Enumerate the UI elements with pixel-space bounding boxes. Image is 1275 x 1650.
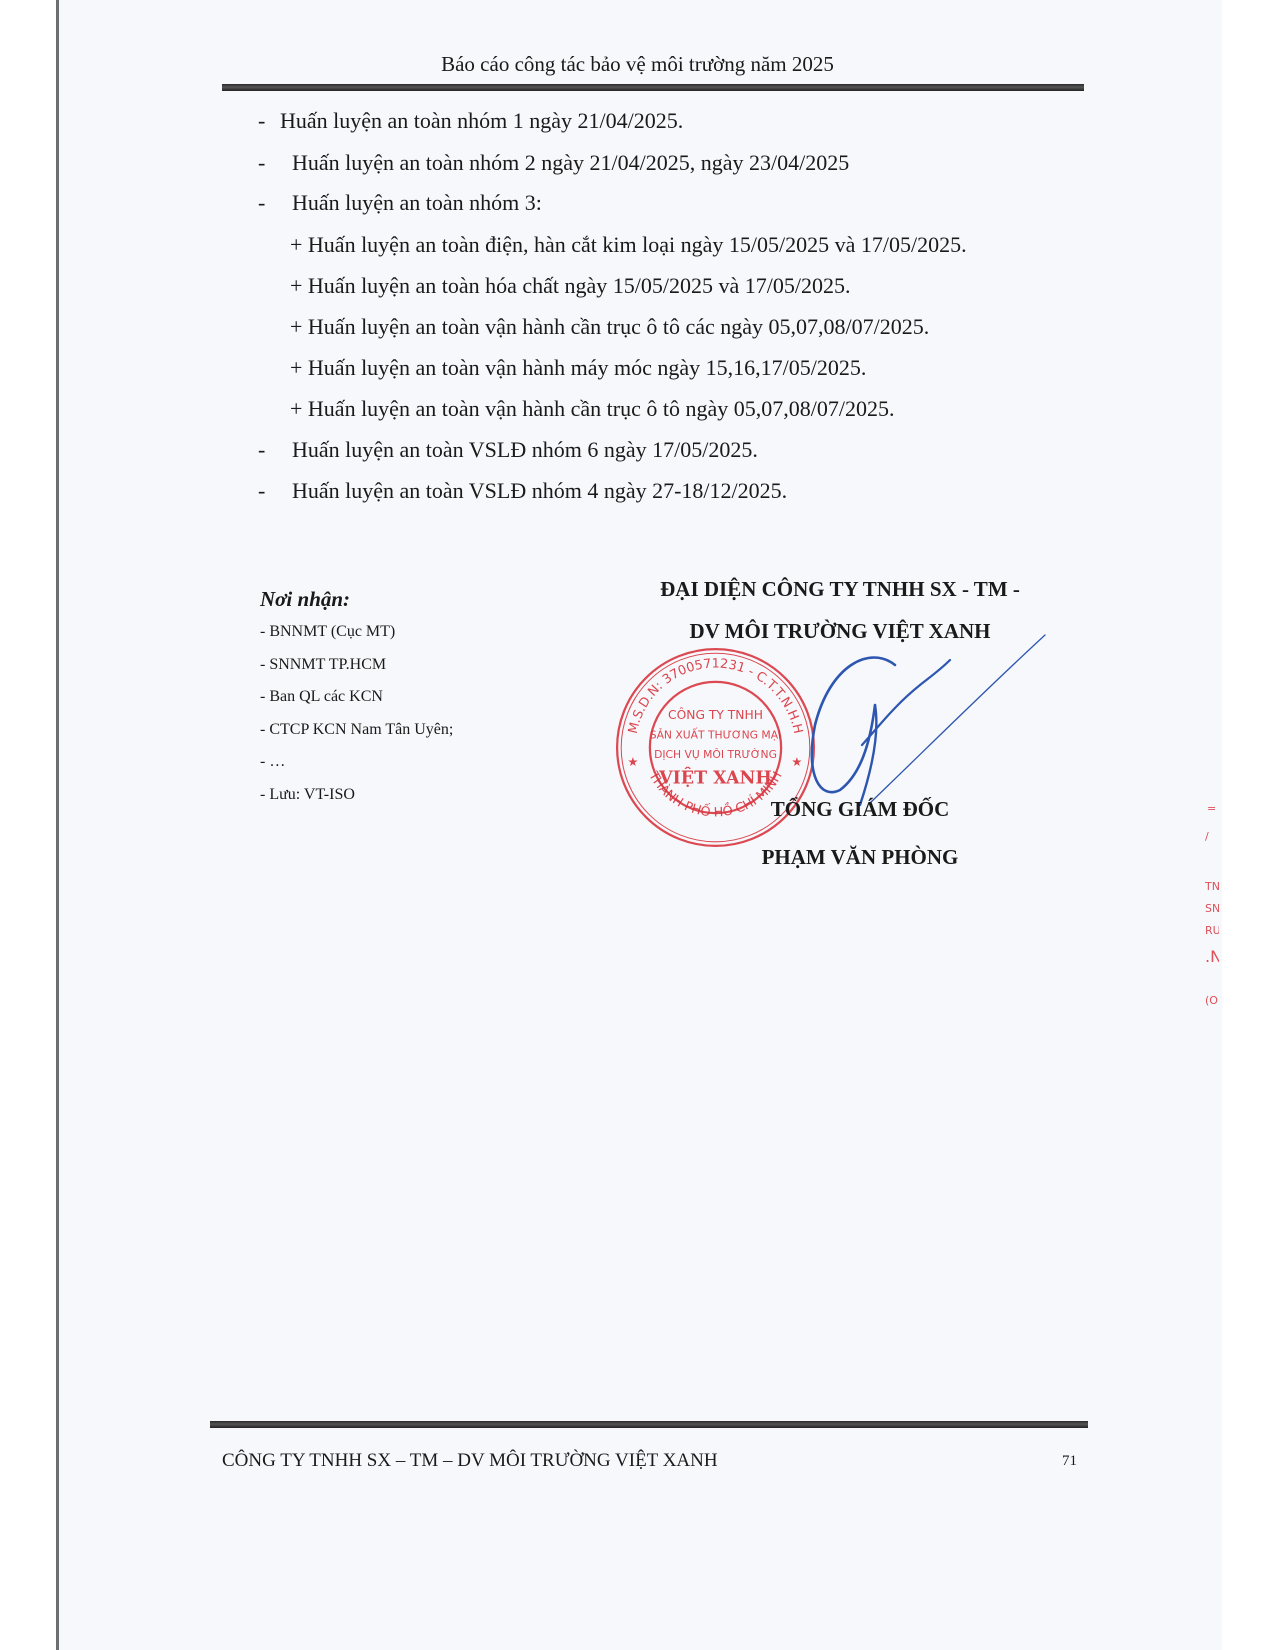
running-header: Báo cáo công tác bảo vệ môi trường năm 2… xyxy=(0,52,1275,77)
list-marker: - xyxy=(258,190,292,216)
list-item: -Huấn luyện an toàn nhóm 2 ngày 21/04/20… xyxy=(258,150,849,176)
list-marker: - xyxy=(258,150,292,176)
list-item-text: Huấn luyện an toàn điện, hàn cắt kim loạ… xyxy=(308,232,967,257)
svg-text:RU: RU xyxy=(1205,924,1219,937)
svg-text:=: = xyxy=(1207,802,1216,815)
recipient-item: - … xyxy=(260,753,285,771)
recipient-item: - Ban QL các KCN xyxy=(260,688,383,706)
footer-company: CÔNG TY TNHH SX – TM – DV MÔI TRƯỜNG VIỆ… xyxy=(222,1450,718,1472)
list-item: -Huấn luyện an toàn nhóm 3: xyxy=(258,190,542,216)
sub-list-item: + Huấn luyện an toàn điện, hàn cắt kim l… xyxy=(290,232,967,258)
list-item-text: Huấn luyện an toàn vận hành cần trục ô t… xyxy=(308,314,929,339)
recipient-item: - CTCP KCN Nam Tân Uyên; xyxy=(260,721,453,739)
handwritten-signature xyxy=(800,625,1050,825)
list-item-text: Huấn luyện an toàn hóa chất ngày 15/05/2… xyxy=(308,273,851,298)
svg-text:M.S.D.N: 3700571231 - C.T.T.N.: M.S.D.N: 3700571231 - C.T.T.N.H.H xyxy=(626,657,805,736)
list-marker: + xyxy=(290,355,302,380)
signer-name: PHẠM VĂN PHÒNG xyxy=(700,845,1020,870)
sub-list-item: + Huấn luyện an toàn vận hành cần trục ô… xyxy=(290,396,894,422)
list-marker: - xyxy=(258,108,280,134)
adjacent-page-stamp-fragment: = / TN SN RU .N (O xyxy=(1205,790,1219,1010)
list-marker: + xyxy=(290,314,302,339)
list-item: -Huấn luyện an toàn VSLĐ nhóm 6 ngày 17/… xyxy=(258,437,758,463)
list-item-text: Huấn luyện an toàn nhóm 3: xyxy=(292,190,542,215)
list-item-text: Huấn luyện an toàn VSLĐ nhóm 4 ngày 27-1… xyxy=(292,478,787,503)
recipient-item: - SNNMT TP.HCM xyxy=(260,656,386,674)
recipient-item: - BNNMT (Cục MT) xyxy=(260,623,395,641)
list-marker: - xyxy=(258,478,292,504)
list-item-text: Huấn luyện an toàn vận hành cần trục ô t… xyxy=(308,396,895,421)
list-marker: + xyxy=(290,273,302,298)
svg-text:(O: (O xyxy=(1205,994,1218,1007)
svg-text:★: ★ xyxy=(627,755,638,769)
signer-position: TỔNG GIÁM ĐỐC xyxy=(700,797,1020,822)
list-item-text: Huấn luyện an toàn nhóm 2 ngày 21/04/202… xyxy=(292,150,849,175)
recipient-item: - Lưu: VT-ISO xyxy=(260,786,355,804)
recipients-title: Nơi nhận: xyxy=(260,587,350,612)
svg-text:SN: SN xyxy=(1205,902,1219,915)
svg-text:/: / xyxy=(1205,830,1209,843)
list-item: -Huấn luyện an toàn nhóm 1 ngày 21/04/20… xyxy=(258,108,683,134)
list-item-text: Huấn luyện an toàn vận hành máy móc ngày… xyxy=(308,355,866,380)
sub-list-item: + Huấn luyện an toàn vận hành máy móc ng… xyxy=(290,355,866,381)
signature-company-line1: ĐẠI DIỆN CÔNG TY TNHH SX - TM - xyxy=(590,577,1090,602)
list-marker: + xyxy=(290,232,302,257)
list-marker: + xyxy=(290,396,302,421)
svg-text:DỊCH VỤ MÔI TRƯỜNG: DỊCH VỤ MÔI TRƯỜNG xyxy=(654,748,777,761)
header-rule xyxy=(222,84,1084,91)
footer-rule xyxy=(210,1421,1088,1428)
list-marker: - xyxy=(258,437,292,463)
svg-text:CÔNG TY TNHH: CÔNG TY TNHH xyxy=(668,707,763,722)
sub-list-item: + Huấn luyện an toàn vận hành cần trục ô… xyxy=(290,314,929,340)
list-item-text: Huấn luyện an toàn nhóm 1 ngày 21/04/202… xyxy=(280,108,683,133)
list-item-text: Huấn luyện an toàn VSLĐ nhóm 6 ngày 17/0… xyxy=(292,437,758,462)
svg-text:VIỆT XANH: VIỆT XANH xyxy=(658,767,772,788)
list-item: -Huấn luyện an toàn VSLĐ nhóm 4 ngày 27-… xyxy=(258,478,787,504)
page-number: 71 xyxy=(1062,1453,1077,1470)
sub-list-item: + Huấn luyện an toàn hóa chất ngày 15/05… xyxy=(290,273,850,299)
svg-text:SẢN XUẤT THƯƠNG MẠI: SẢN XUẤT THƯƠNG MẠI xyxy=(650,727,781,741)
svg-text:TN: TN xyxy=(1205,880,1219,893)
svg-text:.N: .N xyxy=(1205,947,1219,966)
